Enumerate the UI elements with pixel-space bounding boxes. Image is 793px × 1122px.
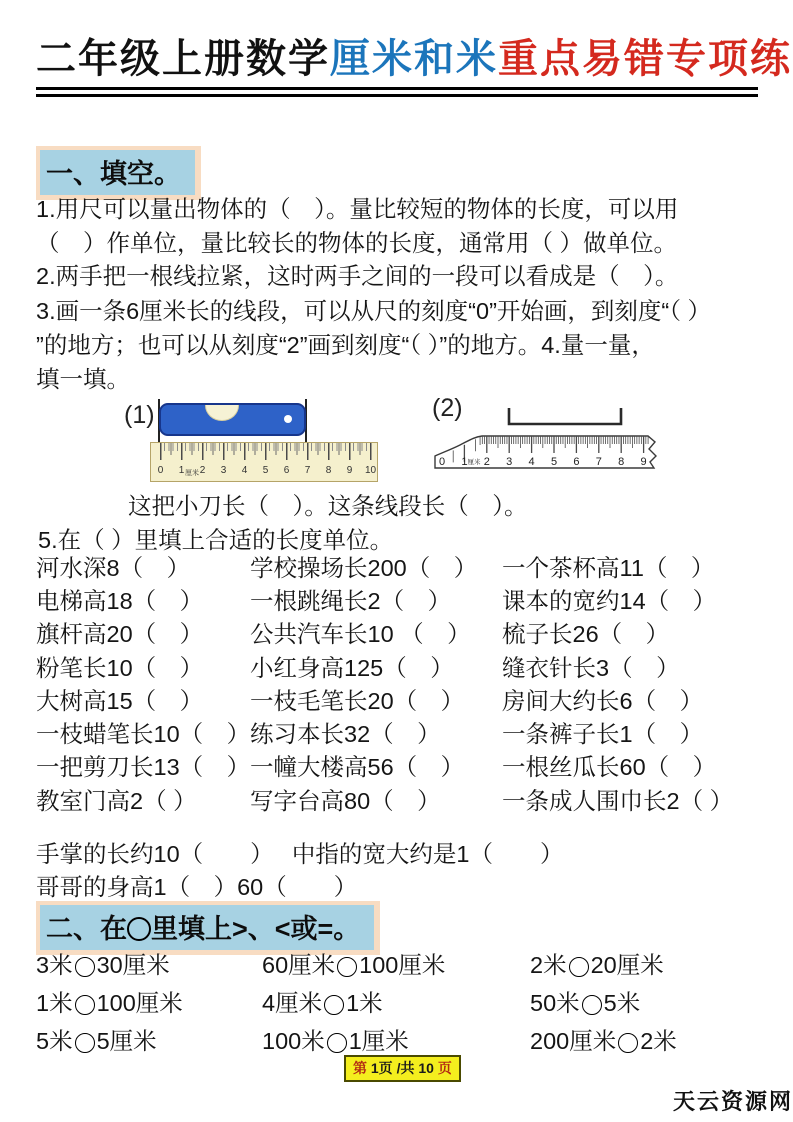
ruler2-number: 5: [551, 456, 557, 468]
page-number-text: 1页: [371, 1060, 397, 1076]
comparison-cell: 4厘米1米: [262, 984, 530, 1018]
figure-knife-ruler: (1) 012345678910厘米: [124, 396, 394, 486]
watermark: 天云资源网: [673, 1085, 793, 1116]
comparison-row: 1米100厘米4厘米1米50米5米: [36, 982, 766, 1020]
unit-cell: 粉笔长10（ ）: [36, 649, 250, 683]
measured-segment: [509, 408, 621, 424]
unit-cell: 公共汽车长10 （ ）: [250, 615, 502, 649]
title-part-red: 重点易错专项练习: [498, 37, 793, 81]
knife-thumb-notch: [205, 403, 239, 421]
unit-cell: 一个茶杯高11（ ）: [502, 549, 766, 583]
unit-cell: 写字台高80（ ）: [250, 782, 502, 816]
comparison-right: 1米: [346, 990, 383, 1016]
ruler-number: 0: [158, 465, 164, 476]
unit-cell: 缝衣针长3（ ）: [502, 649, 766, 683]
unit-row: 粉笔长10（ ）小红身高125（ ）缝衣针长3（ ）: [36, 649, 766, 682]
ruler2-number: 3: [506, 456, 512, 468]
unit-row: 一枝蜡笔长10（ ）练习本长32（ ）一条裤子长1（ ）: [36, 715, 766, 748]
page-number-text: 第: [353, 1060, 371, 1076]
comparison-right: 30厘米: [97, 952, 170, 978]
comparison-cell: 100米1厘米: [262, 1022, 530, 1056]
comparison-cell: 200厘米2米: [530, 1022, 766, 1056]
figure-broken-ruler: (2) 0123456789厘米: [430, 392, 675, 486]
compare-circle-icon: [127, 917, 151, 941]
ruler-number: 8: [326, 465, 332, 476]
comparison-row: 5米5厘米100米1厘米200厘米2米: [36, 1020, 766, 1058]
unit-cell: 河水深8（ ）: [36, 549, 250, 583]
comparison-left: 50米: [530, 990, 580, 1016]
compare-circle-icon: [324, 995, 344, 1015]
unit-row: 一把剪刀长13（ ）一幢大楼高56（ ）一根丝瓜长60（ ）: [36, 749, 766, 782]
compare-circle-icon: [569, 957, 589, 977]
ruler-number: 9: [347, 465, 353, 476]
pocket-knife-illustration: [159, 403, 306, 436]
question-3: 3.画一条6厘米长的线段，可以从尺的刻度“0”开始画，到刻度“（ ） ”的地方；…: [36, 294, 766, 396]
ruler-number: 6: [284, 465, 290, 476]
page-title: 二年级上册数学厘米和米重点易错专项练习: [36, 27, 793, 84]
ruler-number: 5: [263, 465, 269, 476]
unit-cell: 一幢大楼高56（ ）: [250, 748, 502, 782]
unit-cell: 一根跳绳长2（ ）: [250, 582, 502, 616]
page-number-text: 10: [418, 1060, 437, 1076]
unit-row: 河水深8（ ）学校操场长200（ ）一个茶杯高11（ ）: [36, 549, 766, 582]
unit-cell: 一枝毛笔长20（ ）: [250, 682, 502, 716]
section2-heading-pre: 二、在: [46, 914, 127, 944]
comparison-left: 100米: [262, 1028, 325, 1054]
ruler-number: 2: [200, 465, 206, 476]
unit-cell: 旗杆高20（ ）: [36, 615, 250, 649]
ruler-number: 4: [242, 465, 248, 476]
question-3-line2: ”的地方；也可以从刻度“2”画到刻度“（ ）”的地方。4.量一量，: [36, 328, 766, 362]
question-3-line1: 3.画一条6厘米长的线段，可以从尺的刻度“0”开始画，到刻度“（ ）: [36, 294, 766, 328]
comparison-cell: 3米30厘米: [36, 946, 262, 980]
compare-circle-icon: [75, 995, 95, 1015]
section1-heading: 一、填空。: [40, 150, 195, 195]
broken-ruler-drawing: 0123456789厘米: [430, 392, 675, 474]
comparison-left: 5米: [36, 1028, 73, 1054]
compare-circle-icon: [337, 957, 357, 977]
unit-fill-grid: 河水深8（ ）学校操场长200（ ）一个茶杯高11（ ）电梯高18（ ）一根跳绳…: [36, 549, 766, 815]
page-number-badge: 第 1页 /共 10 页: [344, 1055, 461, 1082]
comparison-left: 1米: [36, 990, 73, 1016]
title-part-blue: 厘米和米: [330, 37, 498, 81]
section2-heading-post: 里填上>、<或=。: [151, 914, 360, 944]
comparison-cell: 5米5厘米: [36, 1022, 262, 1056]
question-2: 2.两手把一根线拉紧，这时两手之间的一段可以看成是（ ）。: [36, 259, 766, 293]
unit-cell: 一条成人围巾长2（ ）: [502, 782, 766, 816]
unit-cell: 一枝蜡笔长10（ ）: [36, 715, 250, 749]
unit-row: 旗杆高20（ ）公共汽车长10 （ ）梳子长26（ ）: [36, 616, 766, 649]
unit-cell: 学校操场长200（ ）: [250, 549, 502, 583]
extra-fill-lines: 手掌的长约10（ ） 中指的宽大约是1（ ） 哥哥的身高1（ ）60（ ）: [36, 838, 564, 904]
ruler-number: 3: [221, 465, 227, 476]
ruler-number: 10: [365, 465, 376, 476]
comparison-grid: 3米30厘米60厘米100厘米2米20厘米1米100厘米4厘米1米50米5米5米…: [36, 944, 766, 1058]
unit-row: 大树高15（ ）一枝毛笔长20（ ）房间大约长6（ ）: [36, 682, 766, 715]
page-number-text: 页: [438, 1060, 452, 1076]
ruler-number: 7: [305, 465, 311, 476]
ruler2-number: 2: [484, 456, 490, 468]
comparison-cell: 50米5米: [530, 984, 766, 1018]
ruler2-number: 9: [641, 456, 647, 468]
comparison-right: 2米: [640, 1028, 677, 1054]
comparison-cell: 60厘米100厘米: [262, 946, 530, 980]
comparison-left: 4厘米: [262, 990, 322, 1016]
ruler-unit-label: 厘米: [185, 468, 199, 478]
comparison-left: 2米: [530, 952, 567, 978]
compare-circle-icon: [75, 1033, 95, 1053]
ruler-tick-marks: [160, 443, 372, 460]
unit-cell: 一条裤子长1（ ）: [502, 715, 766, 749]
unit-cell: 小红身高125（ ）: [250, 649, 502, 683]
figure1-label: (1): [124, 401, 155, 430]
question-3-line3: 填一填。: [36, 362, 766, 396]
question-1: 1.用尺可以量出物体的（ ）。量比较短的物体的长度，可以用 （ ）作单位，量比较…: [36, 192, 766, 260]
comparison-cell: 1米100厘米: [36, 984, 262, 1018]
comparison-right: 100厘米: [359, 952, 445, 978]
comparison-right: 100厘米: [97, 990, 183, 1016]
knife-pivot-dot: [284, 415, 292, 423]
unit-cell: 大树高15（ ）: [36, 682, 250, 716]
ruler2-unit-label: 厘米: [468, 457, 482, 466]
question-1-line1: 1.用尺可以量出物体的（ ）。量比较短的物体的长度，可以用: [36, 192, 766, 226]
comparison-cell: 2米20厘米: [530, 946, 766, 980]
compare-circle-icon: [75, 957, 95, 977]
ruler2-number: 7: [596, 456, 602, 468]
comparison-left: 200厘米: [530, 1028, 616, 1054]
title-divider: [36, 87, 758, 97]
question-1-line2: （ ）作单位，量比较长的物体的长度，通常用（ ）做单位。: [36, 226, 766, 260]
ruler-yellow: 012345678910厘米: [150, 442, 378, 482]
unit-row: 教室门高2（ ）写字台高80（ ）一条成人围巾长2（ ）: [36, 782, 766, 815]
unit-cell: 课本的宽约14（ ）: [502, 582, 766, 616]
extra-line-1: 手掌的长约10（ ） 中指的宽大约是1（ ）: [36, 838, 564, 871]
comparison-left: 3米: [36, 952, 73, 978]
comparison-right: 5米: [604, 990, 641, 1016]
worksheet-page: 二年级上册数学厘米和米重点易错专项练习 一、填空。 1.用尺可以量出物体的（ ）…: [0, 0, 793, 1122]
unit-cell: 一根丝瓜长60（ ）: [502, 748, 766, 782]
compare-circle-icon: [618, 1033, 638, 1053]
comparison-right: 5厘米: [97, 1028, 157, 1054]
compare-circle-icon: [582, 995, 602, 1015]
comparison-left: 60厘米: [262, 952, 335, 978]
comparison-right: 1厘米: [349, 1028, 409, 1054]
ruler2-number: 8: [618, 456, 624, 468]
unit-cell: 练习本长32（ ）: [250, 715, 502, 749]
ruler-number: 1: [179, 465, 185, 476]
unit-cell: 一把剪刀长13（ ）: [36, 748, 250, 782]
unit-row: 电梯高18（ ）一根跳绳长2（ ）课本的宽约14（ ）: [36, 582, 766, 615]
figure2-label: (2): [432, 394, 463, 423]
ruler2-number: 0: [439, 456, 445, 468]
comparison-row: 3米30厘米60厘米100厘米2米20厘米: [36, 944, 766, 982]
ruler2-number: 6: [573, 456, 579, 468]
unit-cell: 教室门高2（ ）: [36, 782, 250, 816]
figure-caption: 这把小刀长（ ）。这条线段长（ ）。: [128, 487, 528, 521]
title-part-black: 二年级上册数学: [36, 37, 330, 81]
ruler2-number: 4: [529, 456, 535, 468]
comparison-right: 20厘米: [591, 952, 664, 978]
compare-circle-icon: [327, 1033, 347, 1053]
unit-cell: 电梯高18（ ）: [36, 582, 250, 616]
unit-cell: 房间大约长6（ ）: [502, 682, 766, 716]
unit-cell: 梳子长26（ ）: [502, 615, 766, 649]
page-number-text: /共: [397, 1060, 419, 1076]
extra-line-2: 哥哥的身高1（ ）60（ ）: [36, 871, 564, 904]
